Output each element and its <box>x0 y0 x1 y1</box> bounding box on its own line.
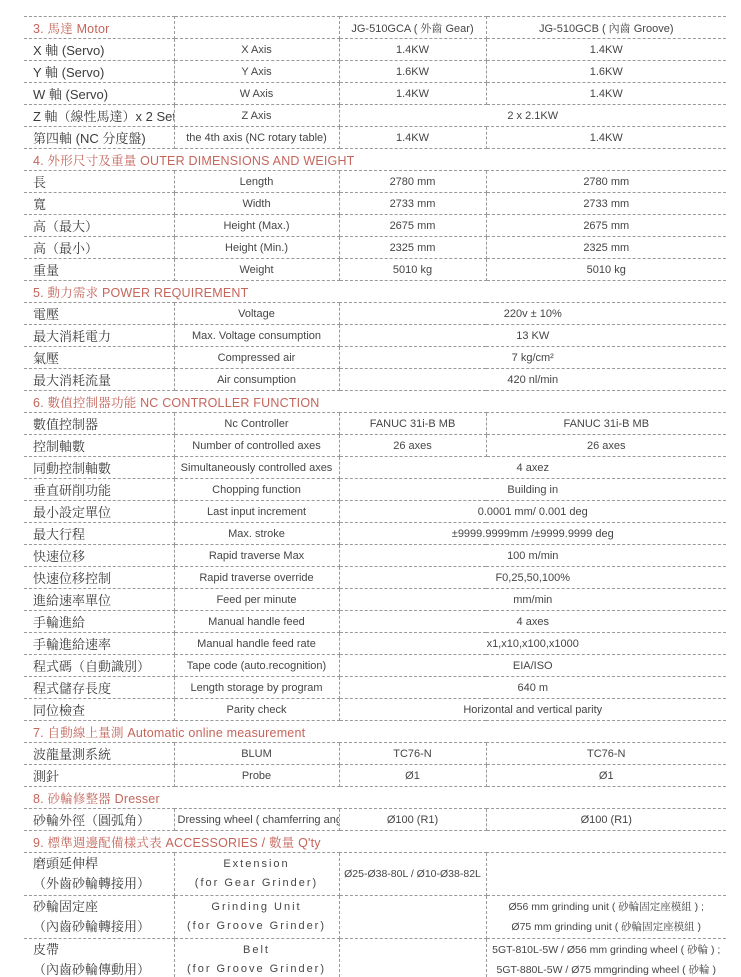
section-row: 8. 砂輪修整器 Dresser <box>24 787 726 809</box>
spec-label-en: Rapid traverse override <box>174 567 339 589</box>
section-3-title: 3. 馬達 Motor <box>24 17 174 39</box>
value-gear: 2780 mm <box>339 171 486 193</box>
spec-label-zh-line2: （內齒砂輪轉接用） <box>33 917 171 937</box>
spec-label-zh: 程式儲存長度 <box>24 677 174 699</box>
value-merged: 13 KW <box>339 325 726 347</box>
spec-label-zh: 數值控制器 <box>24 413 174 435</box>
spec-label-en: Parity check <box>174 699 339 721</box>
value-groove: 2733 mm <box>486 193 726 215</box>
spec-label-en: Manual handle feed rate <box>174 633 339 655</box>
table-row: 3. 馬達 Motor JG-510GCA ( 外齒 Gear) JG-510G… <box>24 17 726 39</box>
table-row: 手輪進給 Manual handle feed 4 axes <box>24 611 726 633</box>
column-header-model-groove: JG-510GCB ( 內齒 Groove) <box>486 17 726 39</box>
value-groove: 26 axes <box>486 435 726 457</box>
spec-label-zh: 手輪進給速率 <box>24 633 174 655</box>
table-row: Z 軸（線性馬達）x 2 Set Z Axis 2 x 2.1KW <box>24 105 726 127</box>
spec-label-zh: 高（最大） <box>24 215 174 237</box>
value-gear: 1.6KW <box>339 61 486 83</box>
spec-label-en: Voltage <box>174 303 339 325</box>
spec-label-en: Y Axis <box>174 61 339 83</box>
spec-label-en: Z Axis <box>174 105 339 127</box>
table-row: 垂直研削功能 Chopping function Building in <box>24 479 726 501</box>
spec-label-en: Dressing wheel ( chamferring angle) <box>174 809 339 831</box>
value-groove: 2675 mm <box>486 215 726 237</box>
spec-label-zh: 波龍量測系統 <box>24 743 174 765</box>
value-merged: mm/min <box>339 589 726 611</box>
value-merged: 100 m/min <box>339 545 726 567</box>
table-row: 進給速率單位 Feed per minute mm/min <box>24 589 726 611</box>
spec-label-en: Last input increment <box>174 501 339 523</box>
spec-label-zh-line1: 砂輪固定座 <box>33 897 171 917</box>
section-row: 5. 動力需求 POWER REQUIREMENT <box>24 281 726 303</box>
spec-label-en-line2: (for Groove Grinder) <box>178 917 336 936</box>
value-merged: 0.0001 mm/ 0.001 deg <box>339 501 726 523</box>
value-gear: 2675 mm <box>339 215 486 237</box>
table-row: 程式儲存長度 Length storage by program 640 m <box>24 677 726 699</box>
spec-label-en: Belt (for Groove Grinder) <box>174 939 339 977</box>
spec-label-zh-line2: （外齒砂輪轉接用） <box>33 874 171 894</box>
spec-label-en: Tape code (auto.recognition) <box>174 655 339 677</box>
spec-label-zh-line2: （內齒砂輪傳動用） <box>33 960 171 977</box>
spec-label-en: Chopping function <box>174 479 339 501</box>
value-groove: 1.4KW <box>486 39 726 61</box>
spec-label-en: Number of controlled axes <box>174 435 339 457</box>
value-merged: 220v ± 10% <box>339 303 726 325</box>
spec-label-en: Grinding Unit (for Groove Grinder) <box>174 896 339 939</box>
section-row: 7. 自動線上量測 Automatic online measurement <box>24 721 726 743</box>
value-gear: Ø25-Ø38-80L / Ø10-Ø38-82L <box>339 853 486 896</box>
spec-label-zh: 長 <box>24 171 174 193</box>
spec-label-zh: 垂直研削功能 <box>24 479 174 501</box>
spec-label-zh-line1: 皮帶 <box>33 940 171 960</box>
spec-label-en: Max. Voltage consumption <box>174 325 339 347</box>
spec-label-en: Extension (for Gear Grinder) <box>174 853 339 896</box>
section-4-title: 4. 外形尺寸及重量 OUTER DIMENSIONS AND WEIGHT <box>24 149 726 171</box>
table-row: X 軸 (Servo) X Axis 1.4KW 1.4KW <box>24 39 726 61</box>
table-row: 最大消耗流量 Air consumption 420 nl/min <box>24 369 726 391</box>
table-row: 波龍量測系統 BLUM TC76-N TC76-N <box>24 743 726 765</box>
table-row: 最小設定單位 Last input increment 0.0001 mm/ 0… <box>24 501 726 523</box>
value-groove: Ø100 (R1) <box>486 809 726 831</box>
table-row: 數值控制器 Nc Controller FANUC 31i-B MB FANUC… <box>24 413 726 435</box>
spec-label-zh: Z 軸（線性馬達）x 2 Set <box>24 105 174 127</box>
spec-label-en: W Axis <box>174 83 339 105</box>
section-6-title: 6. 數值控制器功能 NC CONTROLLER FUNCTION <box>24 391 726 413</box>
spec-label-zh: 電壓 <box>24 303 174 325</box>
spec-label-zh: 手輪進給 <box>24 611 174 633</box>
value-gear: 2733 mm <box>339 193 486 215</box>
section-8-title: 8. 砂輪修整器 Dresser <box>24 787 726 809</box>
spec-label-zh: 第四軸 (NC 分度盤) <box>24 127 174 149</box>
value-groove: 1.4KW <box>486 83 726 105</box>
value-merged: 420 nl/min <box>339 369 726 391</box>
value-gear: 1.4KW <box>339 39 486 61</box>
value-gear: Ø100 (R1) <box>339 809 486 831</box>
spec-label-en: X Axis <box>174 39 339 61</box>
spec-label-zh: 重量 <box>24 259 174 281</box>
table-row: 高（最小） Height (Min.) 2325 mm 2325 mm <box>24 237 726 259</box>
value-merged: ±9999.9999mm /±9999.9999 deg <box>339 523 726 545</box>
table-row: 快速位移控制 Rapid traverse override F0,25,50,… <box>24 567 726 589</box>
spec-label-zh: 最小設定單位 <box>24 501 174 523</box>
value-gear: TC76-N <box>339 743 486 765</box>
table-row: 同位檢查 Parity check Horizontal and vertica… <box>24 699 726 721</box>
table-row: Y 軸 (Servo) Y Axis 1.6KW 1.6KW <box>24 61 726 83</box>
table-row: 砂輪固定座 （內齒砂輪轉接用） Grinding Unit (for Groov… <box>24 896 726 939</box>
spec-label-en: Max. stroke <box>174 523 339 545</box>
value-groove: 2325 mm <box>486 237 726 259</box>
value-merged: Horizontal and vertical parity <box>339 699 726 721</box>
value-groove-line1: Ø56 mm grinding unit ( 砂輪固定座模組 ) ; <box>490 897 724 917</box>
spec-label-en: Compressed air <box>174 347 339 369</box>
table-row: 氣壓 Compressed air 7 kg/cm² <box>24 347 726 369</box>
table-row: 程式碼（自動識別） Tape code (auto.recognition) E… <box>24 655 726 677</box>
spec-label-en-line1: Extension <box>178 855 336 874</box>
value-merged: x1,x10,x100,x1000 <box>339 633 726 655</box>
table-row: 電壓 Voltage 220v ± 10% <box>24 303 726 325</box>
value-groove: 2780 mm <box>486 171 726 193</box>
spec-label-zh: 皮帶 （內齒砂輪傳動用） <box>24 939 174 977</box>
section-row: 4. 外形尺寸及重量 OUTER DIMENSIONS AND WEIGHT <box>24 149 726 171</box>
spec-label-en: the 4th axis (NC rotary table) <box>174 127 339 149</box>
spec-label-en: Feed per minute <box>174 589 339 611</box>
table-row: 最大消耗電力 Max. Voltage consumption 13 KW <box>24 325 726 347</box>
table-row: 測針 Probe Ø1 Ø1 <box>24 765 726 787</box>
spec-label-en-line1: Grinding Unit <box>178 898 336 917</box>
spec-label-zh: 最大行程 <box>24 523 174 545</box>
value-groove: Ø1 <box>486 765 726 787</box>
value-merged: 2 x 2.1KW <box>339 105 726 127</box>
spec-label-en: Length storage by program <box>174 677 339 699</box>
value-groove: 1.6KW <box>486 61 726 83</box>
spec-label-zh: 磨頭延伸桿 （外齒砂輪轉接用） <box>24 853 174 896</box>
spec-label-zh: 同位檢查 <box>24 699 174 721</box>
value-gear <box>339 896 486 939</box>
table-row: 控制軸數 Number of controlled axes 26 axes 2… <box>24 435 726 457</box>
spec-label-en: Width <box>174 193 339 215</box>
table-row: 皮帶 （內齒砂輪傳動用） Belt (for Groove Grinder) 5… <box>24 939 726 977</box>
spec-label-en: Air consumption <box>174 369 339 391</box>
value-groove-line2: 5GT-880L-5W / Ø75 mmgrinding wheel ( 砂輪 … <box>490 960 724 977</box>
spec-label-zh: Y 軸 (Servo) <box>24 61 174 83</box>
spec-table: 3. 馬達 Motor JG-510GCA ( 外齒 Gear) JG-510G… <box>24 16 726 977</box>
value-gear: FANUC 31i-B MB <box>339 413 486 435</box>
spec-label-zh: W 軸 (Servo) <box>24 83 174 105</box>
value-merged: 4 axes <box>339 611 726 633</box>
section-7-title: 7. 自動線上量測 Automatic online measurement <box>24 721 726 743</box>
section-row: 9. 標準週邊配備樣式表 ACCESSORIES / 數量 Q'ty <box>24 831 726 853</box>
section-row: 6. 數值控制器功能 NC CONTROLLER FUNCTION <box>24 391 726 413</box>
spec-label-zh-line1: 磨頭延伸桿 <box>33 854 171 874</box>
value-merged: 640 m <box>339 677 726 699</box>
value-groove: FANUC 31i-B MB <box>486 413 726 435</box>
empty-cell <box>174 17 339 39</box>
spec-label-zh: 快速位移 <box>24 545 174 567</box>
value-merged: Building in <box>339 479 726 501</box>
spec-label-en: Rapid traverse Max <box>174 545 339 567</box>
value-groove: 5010 kg <box>486 259 726 281</box>
spec-label-en-line1: Belt <box>178 941 336 960</box>
spec-label-en-line2: (for Groove Grinder) <box>178 960 336 977</box>
spec-label-en: Weight <box>174 259 339 281</box>
spec-label-en: Probe <box>174 765 339 787</box>
table-row: 高（最大） Height (Max.) 2675 mm 2675 mm <box>24 215 726 237</box>
spec-label-en: Height (Min.) <box>174 237 339 259</box>
spec-label-zh: X 軸 (Servo) <box>24 39 174 61</box>
value-gear: Ø1 <box>339 765 486 787</box>
column-header-model-gear: JG-510GCA ( 外齒 Gear) <box>339 17 486 39</box>
value-groove: 5GT-810L-5W / Ø56 mm grinding wheel ( 砂輪… <box>486 939 726 977</box>
spec-label-zh: 進給速率單位 <box>24 589 174 611</box>
spec-label-en: Nc Controller <box>174 413 339 435</box>
table-row: 寬 Width 2733 mm 2733 mm <box>24 193 726 215</box>
table-row: 長 Length 2780 mm 2780 mm <box>24 171 726 193</box>
value-gear: 1.4KW <box>339 127 486 149</box>
spec-label-en: Length <box>174 171 339 193</box>
spec-label-en-line2: (for Gear Grinder) <box>178 874 336 893</box>
spec-label-zh: 砂輪外徑（圓弧角） <box>24 809 174 831</box>
table-row: 砂輪外徑（圓弧角） Dressing wheel ( chamferring a… <box>24 809 726 831</box>
table-row: 同動控制軸數 Simultaneously controlled axes 4 … <box>24 457 726 479</box>
value-gear <box>339 939 486 977</box>
spec-label-zh: 同動控制軸數 <box>24 457 174 479</box>
value-merged: EIA/ISO <box>339 655 726 677</box>
section-9-title: 9. 標準週邊配備樣式表 ACCESSORIES / 數量 Q'ty <box>24 831 726 853</box>
value-groove: TC76-N <box>486 743 726 765</box>
table-row: 快速位移 Rapid traverse Max 100 m/min <box>24 545 726 567</box>
value-gear: 26 axes <box>339 435 486 457</box>
spec-label-zh: 程式碼（自動識別） <box>24 655 174 677</box>
spec-label-zh: 高（最小） <box>24 237 174 259</box>
value-groove <box>486 853 726 896</box>
spec-label-en: Height (Max.) <box>174 215 339 237</box>
spec-label-zh: 最大消耗電力 <box>24 325 174 347</box>
value-groove: 1.4KW <box>486 127 726 149</box>
spec-label-en: BLUM <box>174 743 339 765</box>
value-merged: F0,25,50,100% <box>339 567 726 589</box>
table-row: 第四軸 (NC 分度盤) the 4th axis (NC rotary tab… <box>24 127 726 149</box>
table-row: 磨頭延伸桿 （外齒砂輪轉接用） Extension (for Gear Grin… <box>24 853 726 896</box>
spec-label-zh: 測針 <box>24 765 174 787</box>
value-gear: 2325 mm <box>339 237 486 259</box>
spec-label-zh: 寬 <box>24 193 174 215</box>
spec-label-zh: 最大消耗流量 <box>24 369 174 391</box>
value-gear: 1.4KW <box>339 83 486 105</box>
value-groove-line2: Ø75 mm grinding unit ( 砂輪固定座模組 ) <box>490 917 724 937</box>
spec-label-zh: 快速位移控制 <box>24 567 174 589</box>
table-row: 重量 Weight 5010 kg 5010 kg <box>24 259 726 281</box>
value-merged: 7 kg/cm² <box>339 347 726 369</box>
table-row: W 軸 (Servo) W Axis 1.4KW 1.4KW <box>24 83 726 105</box>
value-gear: 5010 kg <box>339 259 486 281</box>
value-groove-line1: 5GT-810L-5W / Ø56 mm grinding wheel ( 砂輪… <box>490 940 724 960</box>
spec-label-zh: 控制軸數 <box>24 435 174 457</box>
spec-label-zh: 氣壓 <box>24 347 174 369</box>
value-groove: Ø56 mm grinding unit ( 砂輪固定座模組 ) ; Ø75 m… <box>486 896 726 939</box>
table-row: 手輪進給速率 Manual handle feed rate x1,x10,x1… <box>24 633 726 655</box>
section-5-title: 5. 動力需求 POWER REQUIREMENT <box>24 281 726 303</box>
spec-label-en: Simultaneously controlled axes <box>174 457 339 479</box>
spec-label-en: Manual handle feed <box>174 611 339 633</box>
value-merged: 4 axez <box>339 457 726 479</box>
table-row: 最大行程 Max. stroke ±9999.9999mm /±9999.999… <box>24 523 726 545</box>
spec-label-zh: 砂輪固定座 （內齒砂輪轉接用） <box>24 896 174 939</box>
